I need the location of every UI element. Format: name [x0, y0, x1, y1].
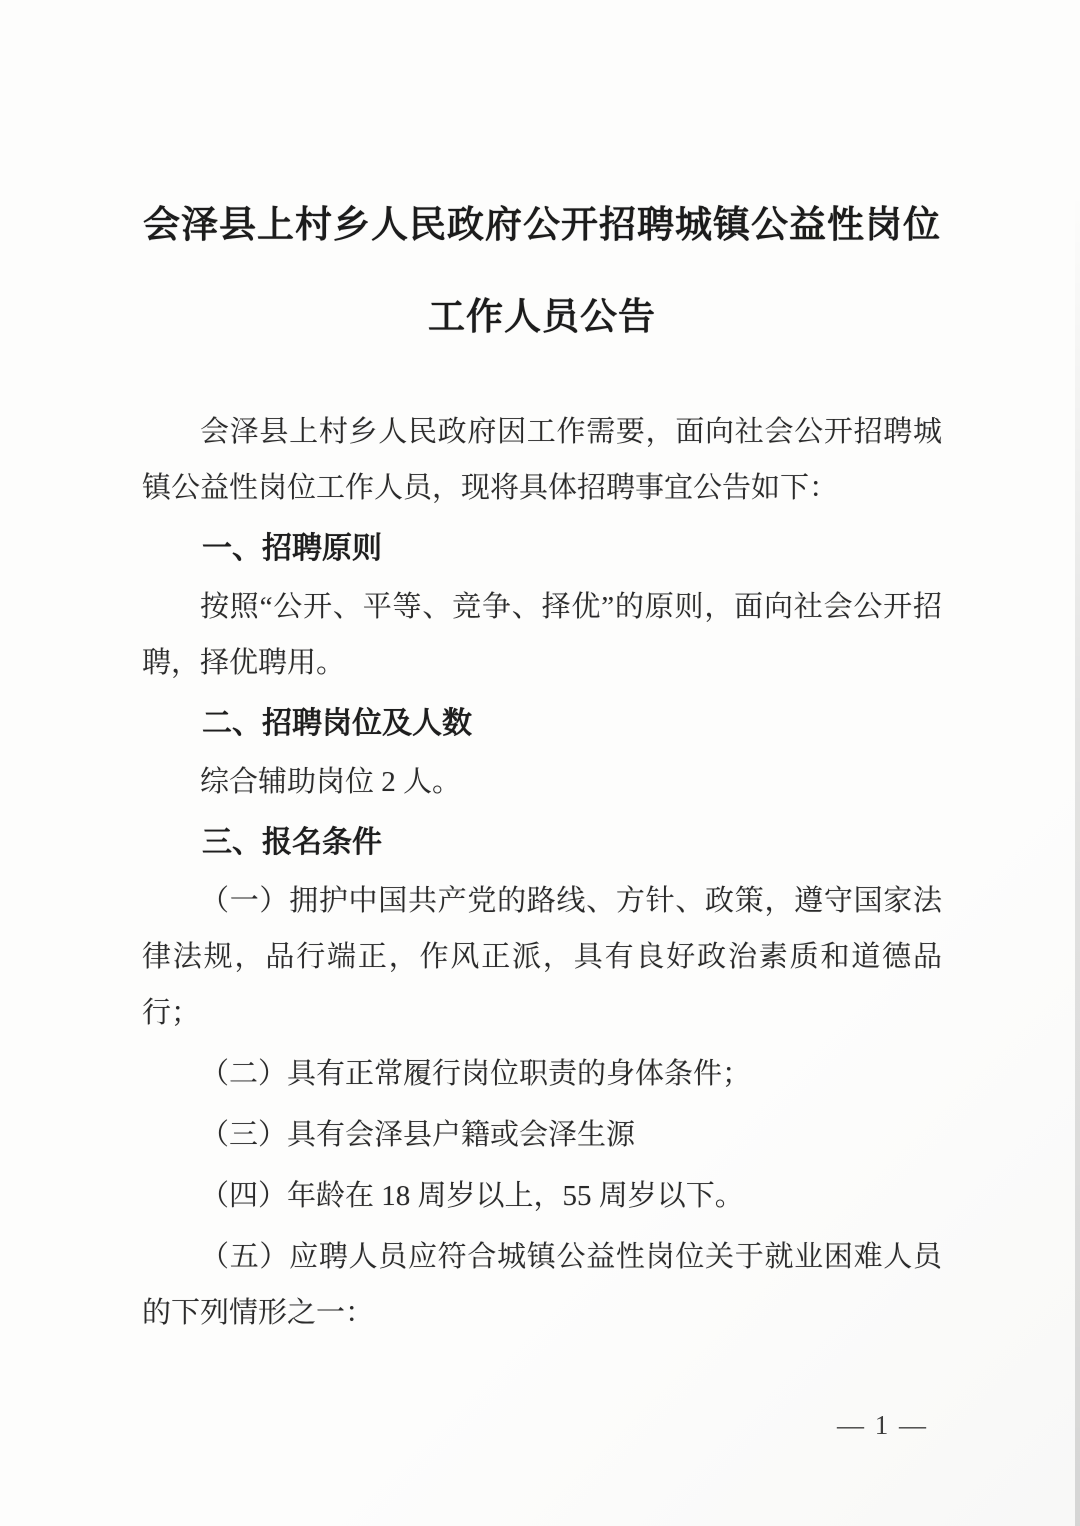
document-content: 会泽县上村乡人民政府公开招聘城镇公益性岗位 工作人员公告 会泽县上村乡人民政府因…: [142, 202, 942, 1346]
document-title-line1: 会泽县上村乡人民政府公开招聘城镇公益性岗位: [143, 204, 941, 245]
requirement-item-1: （一）拥护中国共产党的路线、方针、政策，遵守国家法律法规，品行端正，作风正派，具…: [142, 873, 942, 1041]
requirement-item-4: （四）年龄在 18 周岁以上，55 周岁以下。: [142, 1168, 942, 1224]
page-number: — 1 —: [837, 1410, 928, 1441]
requirement-item-5: （五）应聘人员应符合城镇公益性岗位关于就业困难人员的下列情形之一：: [142, 1229, 942, 1341]
scan-edge-shadow: [1075, 190, 1080, 1526]
document-page: 会泽县上村乡人民政府公开招聘城镇公益性岗位 工作人员公告 会泽县上村乡人民政府因…: [0, 0, 1080, 1526]
section-heading-application-requirements: 三、报名条件: [142, 815, 942, 871]
section-heading-positions-and-headcount: 二、招聘岗位及人数: [142, 696, 942, 752]
intro-paragraph: 会泽县上村乡人民政府因工作需要，面向社会公开招聘城镇公益性岗位工作人员，现将具体…: [142, 404, 942, 516]
document-body: 会泽县上村乡人民政府因工作需要，面向社会公开招聘城镇公益性岗位工作人员，现将具体…: [142, 404, 942, 1341]
requirement-item-3: （三）具有会泽县户籍或会泽生源: [142, 1107, 942, 1163]
section-heading-recruitment-principles: 一、招聘原则: [142, 521, 942, 577]
document-title-line2: 工作人员公告: [142, 294, 942, 340]
section-paragraph: 按照“公开、平等、竞争、择优”的原则，面向社会公开招聘，择优聘用。: [142, 579, 942, 691]
section-paragraph: 综合辅助岗位 2 人。: [142, 754, 942, 810]
requirement-item-2: （二）具有正常履行岗位职责的身体条件；: [142, 1046, 942, 1102]
document-title: 会泽县上村乡人民政府公开招聘城镇公益性岗位 工作人员公告: [142, 202, 942, 340]
